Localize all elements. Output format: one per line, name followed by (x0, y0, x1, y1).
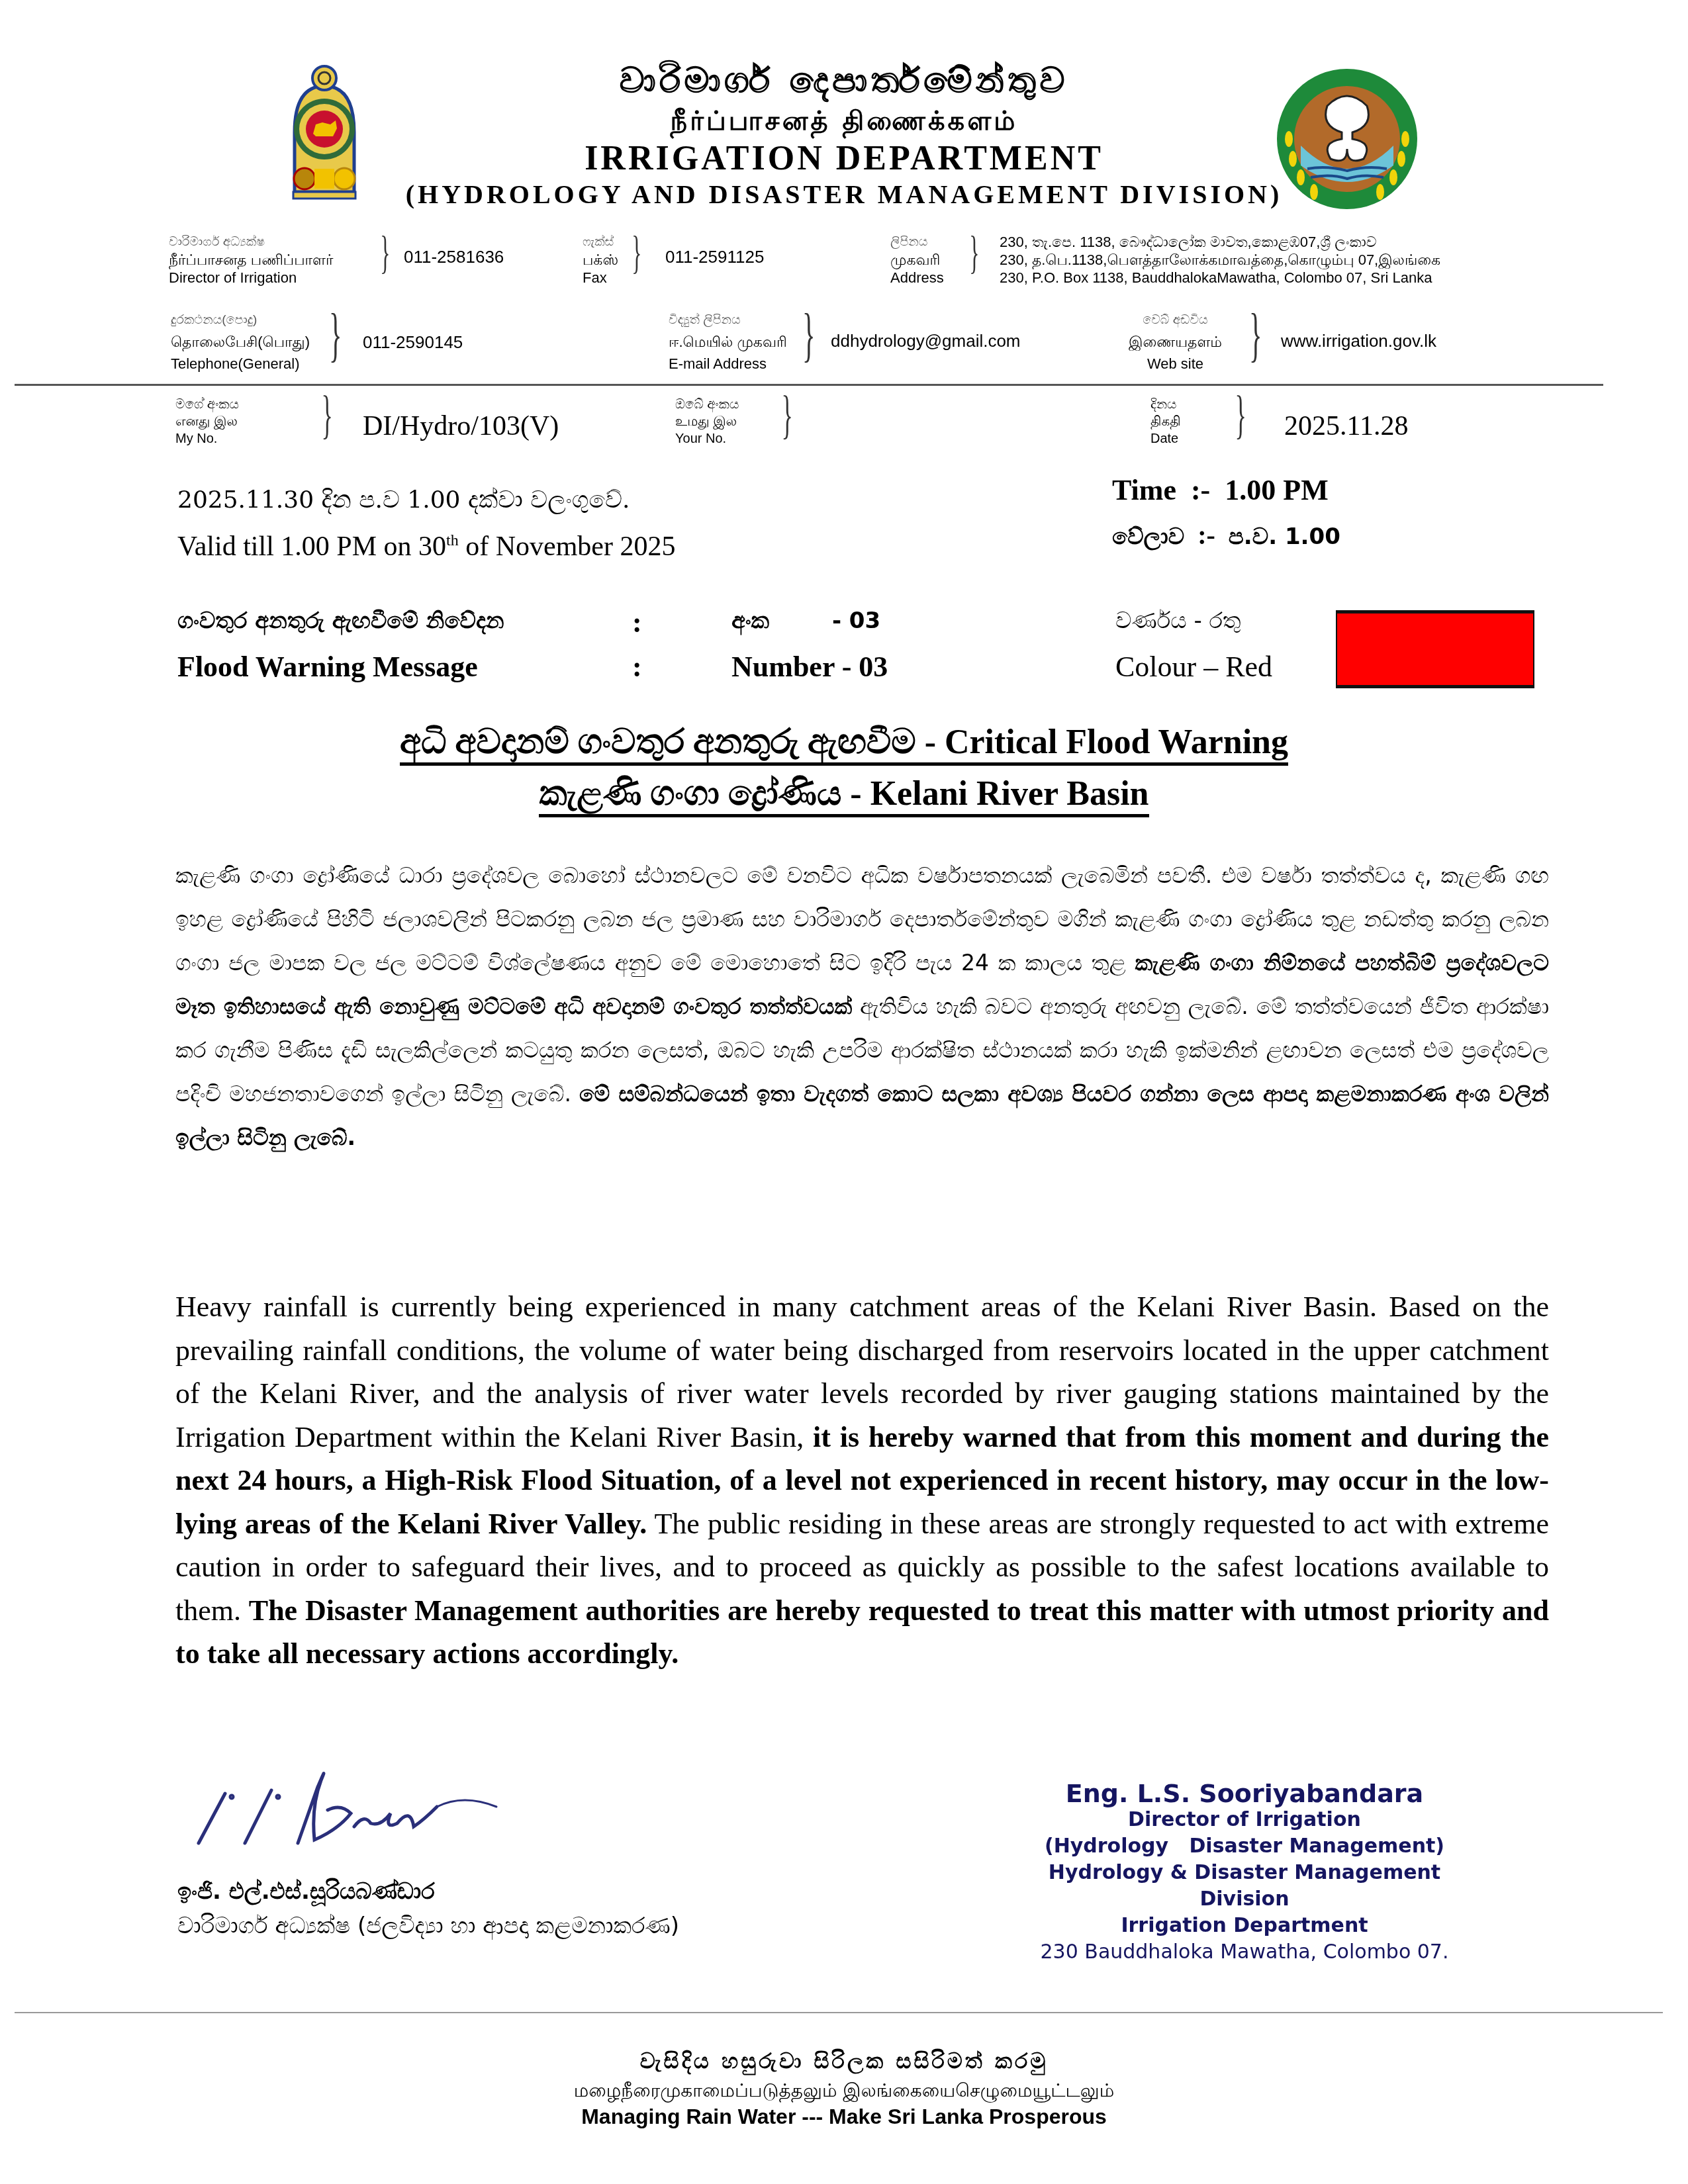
warning-title: අධි අවදානම් ගංවතුර අනතුරු ඇඟවීම - Critic… (0, 723, 1688, 762)
website-link[interactable]: www.irrigation.gov.lk (1281, 331, 1436, 351)
fax-number: 011-2591125 (665, 247, 764, 267)
brace-icon: } (632, 230, 641, 277)
my-no-label: මගේ අංකය எனது இல My No. (175, 396, 239, 447)
brace-icon: } (782, 392, 793, 438)
brace-icon: } (1235, 392, 1246, 438)
address-label: ලිපිනය முகவரி Address (890, 233, 944, 287)
date-value: 2025.11.28 (1284, 410, 1408, 442)
my-no-value: DI/Hydro/103(V) (363, 410, 559, 442)
website-label: වෙබ් අඩවිය இணையதளம் Web site (1129, 311, 1222, 373)
header-title-sinhala: වාරිමාර්ග දෙපාර්තමේන්තුව (0, 61, 1688, 101)
official-stamp: Eng. L.S. Sooriyabandara Director of Irr… (1013, 1780, 1476, 1966)
colour-english: Colour – Red (1115, 650, 1272, 684)
message-label-english: Flood Warning Message (177, 650, 478, 684)
body-sinhala: කැළණි ගංගා ද්‍රෝණියේ ධාරා ප්‍රදේශවල බොහෝ… (175, 854, 1549, 1160)
brace-icon: } (1249, 312, 1262, 359)
header-title-english: IRRIGATION DEPARTMENT (0, 139, 1688, 178)
colour-sinhala: වර්ණය - රතු (1115, 608, 1241, 634)
message-colon: : (632, 606, 642, 639)
fax-label: ෆැක්ස් பக்ஸ் Fax (583, 233, 618, 287)
header-divider (15, 384, 1603, 386)
address-lines: 230, තැ.පෙ. 1138, බෞද්ධාලෝක මාවත,කොළඹ07,… (1000, 233, 1440, 287)
date-label: දිනය திகதி Date (1150, 396, 1181, 447)
footer-slogan-english: Managing Rain Water --- Make Sri Lanka P… (0, 2105, 1688, 2129)
validity-english: Valid till 1.00 PM on 30th of November 2… (177, 531, 675, 563)
header-title-tamil: நீர்ப்பாசனத் திணைக்களம் (0, 106, 1688, 140)
message-number-sinhala: අංක - 03 (731, 608, 880, 634)
message-label-sinhala: ගංවතුර අනතුරු ඇඟවීමේ නිවේදන (177, 608, 504, 634)
footer-slogan-sinhala: වැසිදිය හසුරුවා සිරිලක සසිරිමත් කරමු (0, 2048, 1688, 2074)
basin-title: කැළණි ගංගා ද්‍රෝණිය - Kelani River Basin (0, 774, 1688, 814)
header-division: (HYDROLOGY AND DISASTER MANAGEMENT DIVIS… (0, 179, 1688, 210)
signature-icon (185, 1767, 649, 1860)
footer-slogan-tamil: மழைநீரைமுகாமைப்படுத்தலும் இலங்கையைசெழுமை… (0, 2079, 1688, 2104)
email-label: විද්‍යුත් ලිපිනය ஈ.மெயில் முகவரி E-mail … (669, 311, 787, 373)
your-no-label: ඔබේ අංකය உமது இல Your No. (675, 396, 739, 447)
email-link[interactable]: ddhydrology@gmail.com (831, 331, 1021, 351)
message-number-english: Number - 03 (731, 650, 888, 684)
telephone-label: දුරකථනය(පොදු) தொலைபேசி(பொது) Telephone(G… (171, 311, 310, 373)
brace-icon: } (380, 230, 390, 277)
director-label: වාරිමාර්ග අධ්‍යක්ෂ நீர்ப்பாசனத பணிப்பாளர… (169, 233, 333, 287)
message-colon: : (632, 650, 642, 684)
validity-sinhala: 2025.11.30 දින ප.ව 1.00 දක්වා වලංගුවේ. (177, 486, 630, 514)
warning-colour-swatch (1336, 610, 1534, 688)
brace-icon: } (802, 312, 815, 359)
director-phone: 011-2581636 (404, 247, 504, 267)
body-english: Heavy rainfall is currently being experi… (175, 1285, 1549, 1676)
brace-icon: } (329, 312, 342, 359)
brace-icon: } (322, 392, 333, 438)
time-sinhala: වේලාව :- ප.ව. 1.00 (1112, 520, 1340, 551)
brace-icon: } (969, 230, 979, 277)
telephone-number: 011-2590145 (363, 332, 463, 353)
signatory-name-sinhala: ඉංජි. එල්.එස්.සූරියබණ්ඩාර (177, 1878, 435, 1905)
time-english: Time :- 1.00 PM (1112, 473, 1329, 507)
footer-divider (15, 2012, 1663, 2013)
signatory-title-sinhala: වාරිමාර්ග අධ්‍යක්ෂ (ජලවිද්‍යා හා ආපදා කළ… (177, 1913, 679, 1939)
